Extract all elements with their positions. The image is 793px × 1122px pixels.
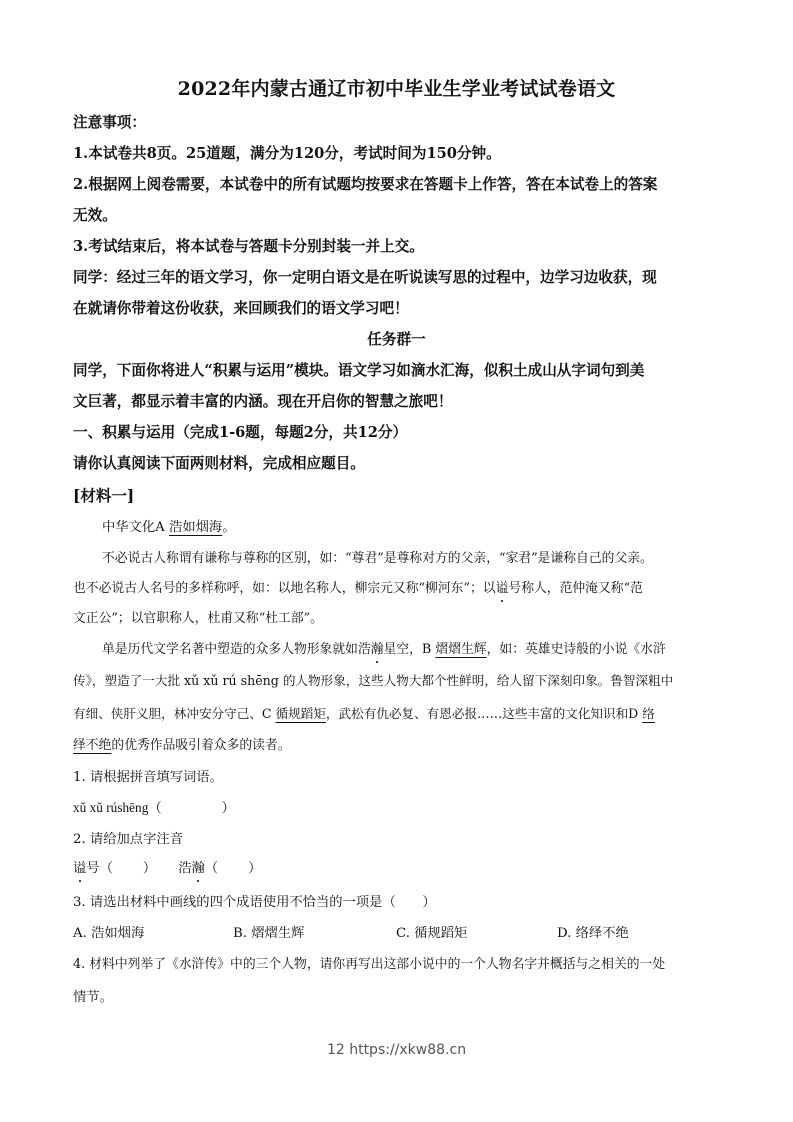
material-1-paragraph-2-line-3: 文正公”；以官职称人，杜甫又称“杜工部”。 [73,607,323,626]
text: 单是历代文学名著中塑造的众多人物形象就如浩 [102,642,371,657]
material-1-paragraph-3-line-4: 绎不绝的优秀作品吸引着众多的读者。 [73,734,291,753]
question-2-items: 谥号（）浩瀚（） [73,857,261,876]
question-3-prompt: 3. 请选出材料中画线的四个成语使用不恰当的一项是（ ） [73,891,436,910]
task-group-heading: 任务群一 [0,328,793,349]
instruction: 请你认真阅读下面两则材料，完成相应题目。 [73,452,365,473]
material-1-paragraph-2-line-1: 不必说古人称谓有谦称与尊称的区别，如：“尊君”是尊称对方的父亲，“家君”是谦称自… [102,547,653,566]
page-footer: 12 https://xkw88.cn [0,1042,793,1058]
text: ） [143,861,156,876]
underlined-idiom-b: 熠熠生辉 [435,642,486,657]
text: 。 [222,520,235,535]
underlined-idiom-c: 循规蹈矩 [276,706,326,721]
intro-line-1: 同学：经过三年的语文学习，你一定明白语文是在听说读写思的过程中，边学习边收获，现 [73,266,657,287]
notice-item-3: 3.考试结束后，将本试卷与答题卡分别封装一并上交。 [73,235,424,256]
material-1-paragraph-3-line-1: 单是历代文学名著中塑造的众多人物形象就如浩瀚星空，B 熠熠生辉，如：英雄史诗般的… [102,638,666,657]
option-a[interactable]: A. 浩如烟海 [73,922,144,941]
exam-page: 2022年内蒙古通辽市初中毕业生学业考试试卷语文 注意事项： 1.本试卷共8页。… [0,0,793,1122]
text: 有细、侠肝义胆，林冲安分守己、C [73,706,276,721]
pinyin: xǔ xǔ rúshēng（ [73,800,162,815]
dotted-char: 谥 [73,861,86,876]
notice-item-2-cont: 无效。 [73,204,117,225]
material-1-paragraph-3-line-3: 有细、侠肝义胆，林冲安分守己、C 循规蹈矩，武松有仇必复、有恩必报……这些丰富的… [73,703,655,722]
text: 中华文化A [102,520,169,535]
text: 号（ [86,861,113,876]
question-4-line-2: 情节。 [73,986,113,1005]
task-intro-line-1: 同学，下面你将进人“积累与运用”模块。语文学习如滴水汇海，似积土成山从字词句到美 [73,359,644,380]
q2-item-1: 谥号（） [73,861,156,876]
question-1-answer-line: xǔ xǔ rúshēng（） [73,797,235,816]
section-heading: 一、积累与运用（完成1-6题，每题2分，共12分） [73,421,407,442]
underlined-idiom-a: 浩如烟海 [169,520,222,535]
q2-item-2: 浩瀚（） [178,861,261,876]
dotted-char: 谥 [496,581,509,596]
text: ） [248,861,261,876]
intro-line-2: 在就请你带着这份收获，来回顾我们的语文学习吧！ [73,297,409,318]
text: 也不必说古人名号的多样称呼，如：以地名称人，柳宗元又称“柳河东”；以 [73,581,496,596]
question-1-prompt: 1. 请根据拼音填写词语。 [73,766,223,785]
text: ，如：英雄史诗般的小说《水浒 [487,642,666,657]
dotted-char: 瀚 [371,642,384,657]
dotted-char: 瀚 [191,861,204,876]
underlined-idiom-d-part-2: 绎不绝 [73,738,111,753]
underlined-idiom-d-part-1: 络 [642,706,655,721]
text: （ [205,861,218,876]
material-1-paragraph-1: 中华文化A 浩如烟海。 [102,516,236,535]
notice-heading: 注意事项： [73,111,146,132]
text: ） [222,801,235,816]
notice-item-2: 2.根据网上阅卷需要，本试卷中的所有试题均按要求在答题卡上作答，答在本试卷上的答… [73,173,657,194]
task-intro-line-2: 文巨著，都显示着丰富的内涵。现在开启你的智慧之旅吧！ [73,390,452,411]
text: 号称人，范仲淹又称“范 [508,581,643,596]
text: 的优秀作品吸引着众多的读者。 [111,738,290,753]
question-4-line-1: 4. 材料中列举了《水浒传》中的三个人物，请你再写出这部小说中的一个人物名字并概… [73,953,665,972]
option-b[interactable]: B. 熠熠生辉 [233,922,304,941]
text: 星空，B [384,642,436,657]
material-1-paragraph-2-line-2: 也不必说古人名号的多样称呼，如：以地名称人，柳宗元又称“柳河东”；以谥号称人，范… [73,577,643,596]
text: ，武松有仇必复、有恩必报……这些丰富的文化知识和D [326,706,642,721]
page-title: 2022年内蒙古通辽市初中毕业生学业考试试卷语文 [0,74,793,101]
question-2-prompt: 2. 请给加点字注音 [73,828,183,847]
text: 浩 [178,861,191,876]
option-c[interactable]: C. 循规蹈矩 [396,922,467,941]
material-1-label: [材料一] [73,484,134,506]
question-3-options: A. 浩如烟海 B. 熠熠生辉 C. 循规蹈矩 D. 络绎不绝 [0,922,793,942]
material-1-paragraph-3-line-2: 传》，塑造了一大批 xǔ xǔ rú shēng 的人物形象，这些人物大都个性鲜… [73,670,673,689]
option-d[interactable]: D. 络绎不绝 [557,922,629,941]
notice-item-1: 1.本试卷共8页。25道题，满分为120分，考试时间为150分钟。 [73,142,501,163]
